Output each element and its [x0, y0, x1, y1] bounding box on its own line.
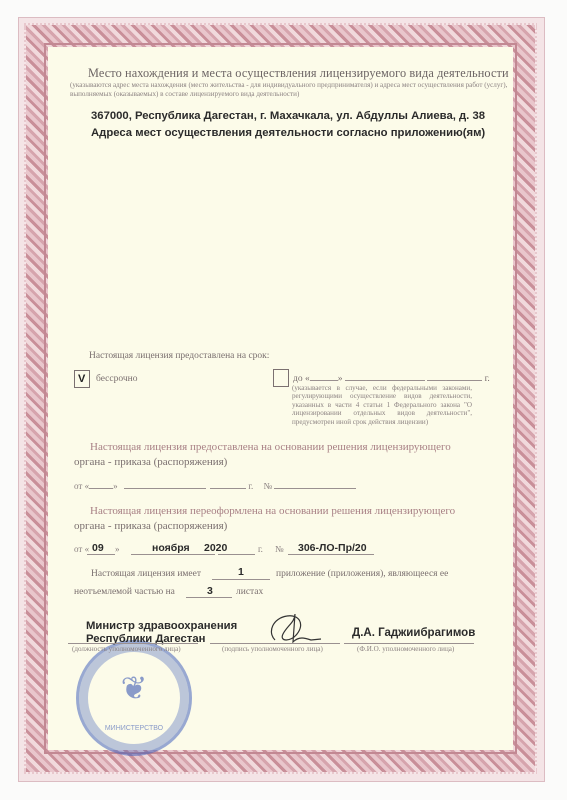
appendix-sheets-line	[186, 597, 232, 598]
reissue-number: 306-ЛО-Пр/20	[298, 542, 367, 554]
seal-text: МИНИСТЕРСТВО	[93, 725, 175, 732]
grant-month-line	[124, 488, 206, 489]
name-line	[344, 643, 474, 644]
reissue-year-line	[218, 554, 255, 555]
reissue-line-2: органа - приказа (распоряжения)	[74, 520, 227, 532]
grant-from-label: от «	[74, 481, 89, 491]
appendix-count-line	[212, 579, 270, 580]
reissue-month: ноября	[152, 542, 190, 554]
reissue-from-label: от «	[74, 544, 89, 554]
reissue-day-line	[87, 554, 115, 555]
checkmark-icon: V	[78, 373, 85, 385]
position-caption: (должность уполномоченного лица)	[72, 645, 181, 654]
appendix-count: 1	[238, 566, 244, 578]
until-day-line	[310, 380, 338, 381]
appendix-line2-prefix: неотъемлемой частью на	[74, 587, 175, 597]
grant-day-line	[89, 488, 113, 489]
appendix-middle: приложение (приложения), являющееся ее	[276, 569, 448, 579]
until-quote: »	[338, 374, 343, 384]
until-year-suffix: г.	[485, 374, 490, 384]
until-checkbox[interactable]	[273, 369, 289, 387]
position-line	[68, 643, 198, 644]
until-label: до «» г.	[293, 374, 490, 384]
grant-line-1: Настоящая лицензия предоставлена на осно…	[90, 441, 451, 453]
name-caption: (Ф.И.О. уполномоченного лица)	[357, 645, 454, 654]
grant-date-row: от «» г. №	[74, 481, 356, 491]
location-subtitle: (указываются адрес места нахождения (мес…	[70, 81, 510, 99]
address-line-2: Адреса мест осуществления деятельности с…	[91, 127, 485, 139]
until-note: (указывается в случае, если федеральными…	[292, 384, 472, 426]
reissue-number-line	[288, 554, 374, 555]
location-title: Место нахождения и места осуществления л…	[88, 66, 509, 81]
grant-year-line	[210, 488, 246, 489]
reissue-year-suffix: г.	[258, 544, 263, 554]
position-line-1: Министр здравоохранения	[86, 620, 237, 632]
appendix-sheets-suffix: листах	[236, 587, 263, 597]
until-year-line	[427, 380, 482, 381]
appendix-sheets: 3	[207, 585, 213, 597]
reissue-number-label: №	[275, 544, 284, 554]
grant-number-label: №	[264, 481, 273, 491]
signer-name: Д.А. Гаджиибрагимов	[352, 627, 475, 639]
reissue-quote: »	[115, 544, 120, 554]
reissue-year: 2020	[204, 542, 227, 554]
grant-quote: »	[113, 481, 118, 491]
reissue-line-1: Настоящая лицензия переоформлена на осно…	[90, 505, 455, 517]
grant-line-2: органа - приказа (распоряжения)	[74, 456, 227, 468]
address-line-1: 367000, Республика Дагестан, г. Махачкал…	[91, 110, 485, 122]
official-seal: ❦ МИНИСТЕРСТВО	[76, 640, 192, 756]
appendix-prefix: Настоящая лицензия имеет	[91, 569, 201, 579]
until-prefix: до «	[293, 374, 310, 384]
grant-number-line	[274, 488, 356, 489]
signature-caption: (подпись уполномоченного лица)	[222, 645, 323, 654]
permanent-label: бессрочно	[96, 374, 137, 384]
reissue-month-line	[131, 554, 215, 555]
grant-year-suffix: г.	[248, 481, 253, 491]
term-label: Настоящая лицензия предоставлена на срок…	[89, 351, 269, 361]
eagle-emblem-icon: ❦	[117, 668, 151, 708]
permanent-checkbox[interactable]: V	[74, 370, 90, 388]
reissue-day: 09	[92, 542, 104, 554]
signature-line	[210, 643, 340, 644]
until-month-line	[345, 380, 425, 381]
